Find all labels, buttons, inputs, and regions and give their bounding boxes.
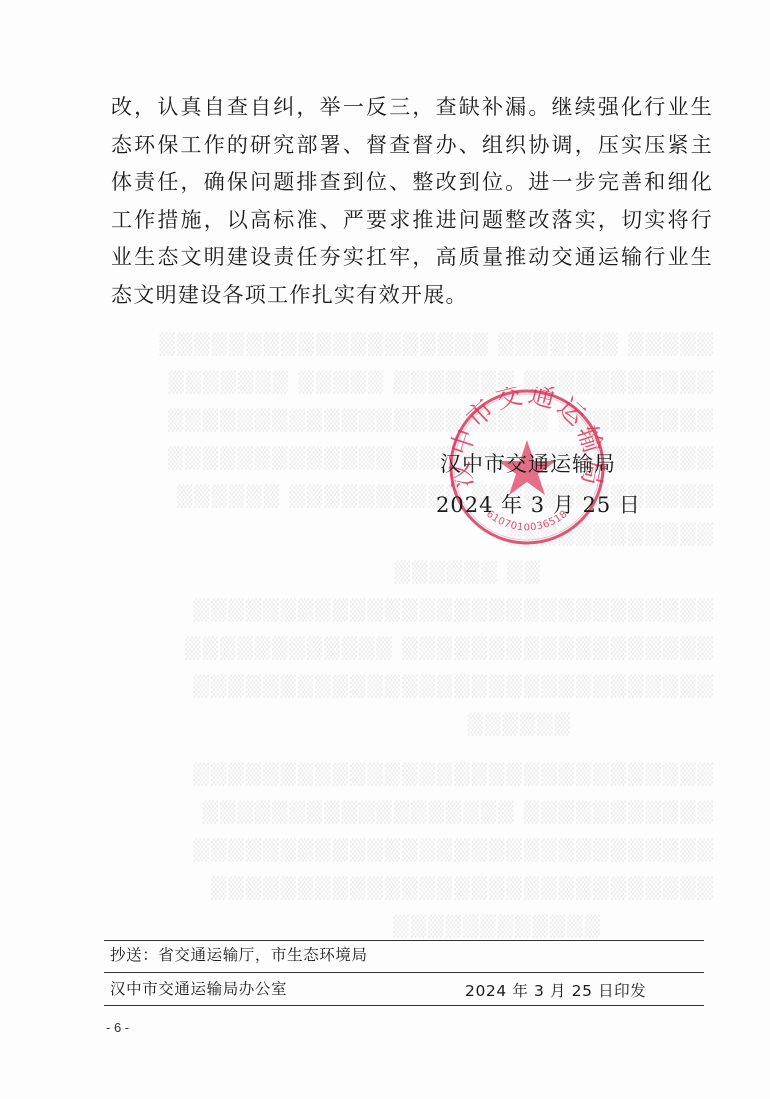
bleed-through-text: ▒▒▒▒▒▒▒▒▒▒▒ ▒▒▒▒▒▒▒ ▒▒▒▒▒ ▒▒▒▒▒▒▒ [111, 370, 713, 394]
bleed-through-text: ▒▒▒▒▒▒▒▒▒▒▒▒▒▒▒▒▒▒▒▒▒▒▒▒▒▒▒▒▒▒ [111, 838, 713, 862]
page-number: - 6 - [106, 1020, 129, 1035]
bleed-through-text: ▒▒▒▒▒▒▒▒▒▒▒▒▒▒▒▒▒▒ ▒▒▒▒▒▒▒▒▒▒▒▒ [111, 636, 713, 660]
bleed-through-text: ▒▒▒▒▒▒▒▒▒▒▒▒ [111, 522, 713, 546]
bleed-through-text: ▒▒ ▒▒▒▒▒▒ [380, 560, 540, 584]
document-page: ▒▒▒▒▒ ▒▒▒▒▒▒▒ ▒▒▒▒▒▒▒▒▒▒▒▒▒▒▒▒▒▒▒ ▒▒▒▒▒▒… [0, 0, 770, 1099]
body-line: 改，认真自查自纠，举一反三，查缺补漏。继续强化行业生 [111, 89, 713, 127]
bleed-through-text: ▒▒▒▒▒▒▒▒▒▒▒▒▒▒▒▒▒▒ ▒▒▒▒▒▒▒▒▒▒▒▒▒ [111, 446, 713, 470]
body-line: 态文明建设各项工作扎实有效开展。 [111, 277, 713, 315]
bleed-through-text: ▒▒▒▒▒ ▒▒▒▒▒▒▒ ▒▒▒▒▒▒▒▒▒▒▒▒▒▒▒▒▒▒▒ [111, 332, 713, 356]
signature-organization: 汉中市交通运输局 [440, 448, 616, 478]
bleed-through-text: ▒▒▒▒▒▒▒▒▒▒▒▒ [300, 914, 600, 938]
bleed-through-text: ▒▒▒▒▒▒▒▒▒▒▒▒▒▒▒▒▒▒▒▒▒▒▒▒▒▒▒▒▒▒ [111, 674, 713, 698]
cc-recipients: 抄送：省交通运输厅，市生态环境局 [110, 943, 368, 965]
footer-middle-rule [104, 972, 704, 973]
footer-top-rule [104, 940, 704, 941]
bleed-through-text: ▒▒▒▒▒▒▒▒▒▒▒ ▒▒▒▒▒▒▒▒▒▒▒▒▒▒▒▒▒▒ [111, 800, 713, 824]
bleed-through-text: ▒▒▒▒▒▒▒▒▒▒▒▒▒▒▒▒▒▒▒▒▒▒▒▒▒▒▒▒▒ [111, 876, 713, 900]
bleed-through-text: ▒▒▒▒▒▒▒▒▒▒▒▒▒▒▒▒▒▒▒▒▒▒▒▒▒▒▒▒▒▒ [111, 762, 713, 786]
body-line: 态环保工作的研究部署、督查督办、组织协调，压实压紧主 [111, 127, 713, 165]
bleed-through-text: ▒▒▒▒▒▒▒▒▒ ▒▒▒▒▒▒▒▒▒▒▒▒▒▒▒▒▒▒▒▒▒▒ [111, 408, 713, 432]
bleed-through-text: ▒▒▒▒▒▒ [430, 712, 570, 736]
body-line: 业生态文明建设责任夯实扛牢，高质量推动交通运输行业生 [111, 239, 713, 277]
body-line: 工作措施，以高标准、严要求推进问题整改落实，切实将行 [111, 202, 713, 240]
signature-date: 2024 年 3 月 25 日 [436, 489, 641, 519]
issuing-office: 汉中市交通运输局办公室 [110, 977, 287, 999]
bleed-through-text: ▒▒▒▒▒▒▒▒▒▒▒▒▒▒▒▒▒▒▒▒▒▒▒▒▒▒▒▒▒▒ [111, 598, 713, 622]
body-paragraph: 改，认真自查自纠，举一反三，查缺补漏。继续强化行业生 态环保工作的研究部署、督查… [111, 89, 713, 314]
issue-date: 2024 年 3 月 25 日印发 [465, 979, 646, 1001]
body-line: 体责任，确保问题排查到位、整改到位。进一步完善和细化 [111, 164, 713, 202]
footer-bottom-rule [104, 1005, 704, 1006]
